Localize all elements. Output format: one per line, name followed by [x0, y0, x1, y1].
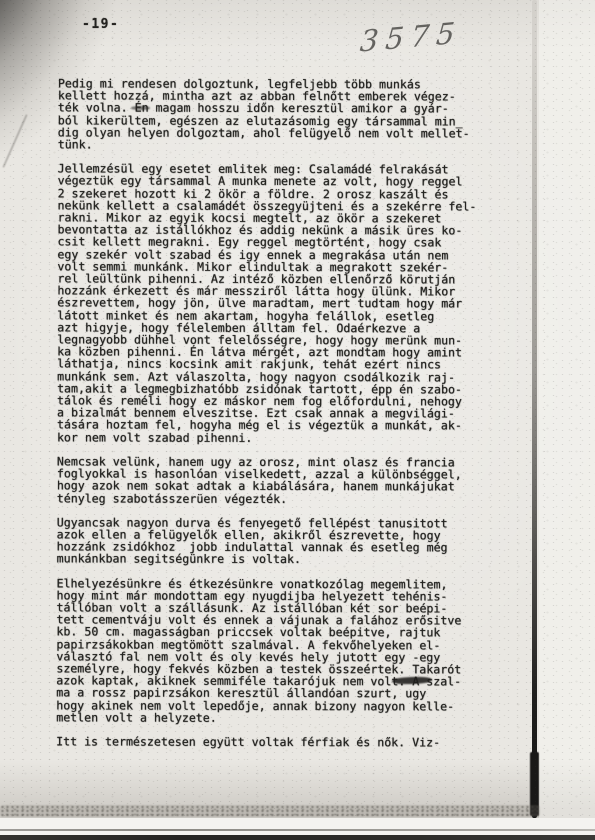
page-bottom-edge-speckle [0, 805, 540, 817]
ink-smudge-small [131, 106, 150, 110]
paragraph-3: Nemcsak velünk, hanem ugy az orosz, mint… [57, 455, 532, 505]
paragraph-6: Itt is természetesen együtt voltak férfi… [56, 735, 531, 748]
handwritten-number: 3575 [359, 15, 463, 58]
paragraph-5: Elhelyezésünkre és étkezésünkre vonatkoz… [56, 577, 531, 725]
scan-bottom-bar [0, 835, 595, 840]
page-right-edge-line [532, 0, 537, 818]
paragraph-4: Ugyancsak nagyon durva és fenyegető fell… [57, 516, 532, 566]
scanned-page: -19- 3575 Pedig mi rendesen dolgoztunk, … [0, 0, 595, 818]
paragraph-2: Jellemzésül egy esetet emlitek meg: Csal… [57, 163, 533, 445]
scan-right-margin [539, 0, 595, 818]
page-number: -19- [82, 17, 119, 32]
document-text: Pedig mi rendesen dolgoztunk, legfeljebb… [56, 77, 533, 760]
scan-bottom-line [0, 829, 595, 831]
paragraph-1: Pedig mi rendesen dolgoztunk, legfeljebb… [58, 77, 533, 151]
scratch-mark [2, 114, 27, 168]
